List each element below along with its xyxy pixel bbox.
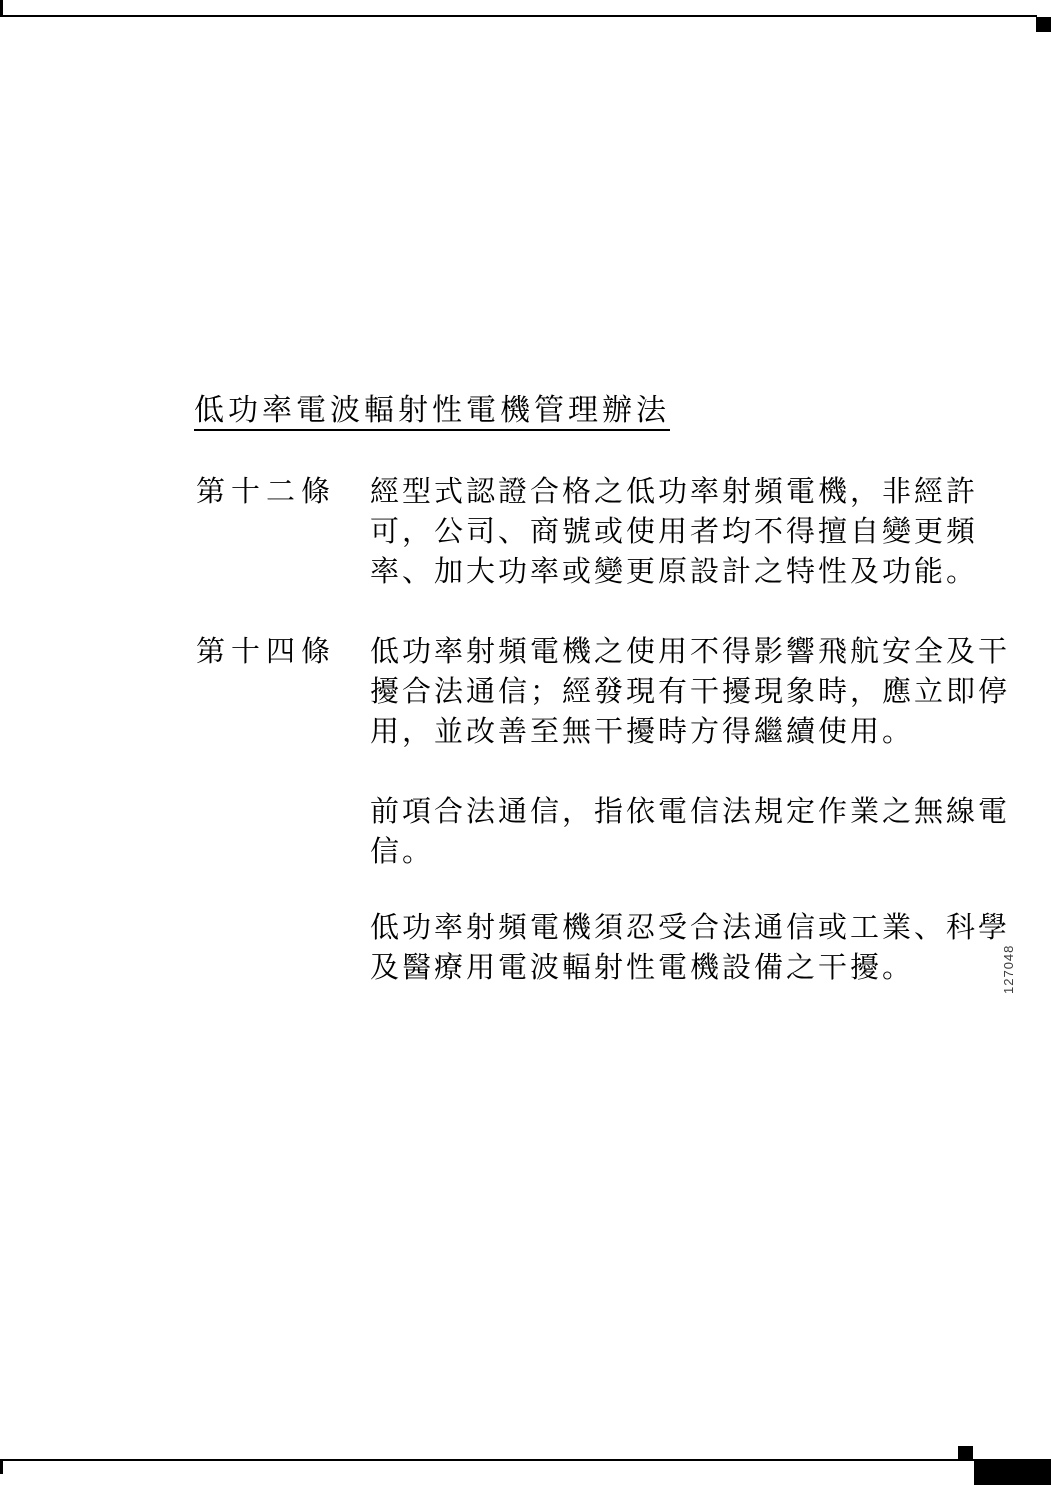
- crop-mark-bottom-left-tick: [0, 1459, 3, 1474]
- crop-mark-top-rule: [0, 15, 1037, 17]
- text-line: 信。: [370, 832, 1010, 872]
- article-12-label: 第十二條: [196, 472, 370, 512]
- document-page: 低功率電波輻射性電機管理辦法 第十二條 經型式認證合格之低功率射頻電機，非經許 …: [0, 0, 1051, 1485]
- article-14-paragraph-2: 前項合法通信，指依電信法規定作業之無線電 信。: [370, 792, 1010, 872]
- text-line: 可，公司、商號或使用者均不得擅自變更頻: [370, 512, 978, 552]
- text-line: 擾合法通信；經發現有干擾現象時，應立即停: [370, 672, 1010, 712]
- crop-mark-top-left-tick: [0, 0, 3, 17]
- text-line: 用，並改善至無干擾時方得繼續使用。: [370, 712, 1010, 752]
- crop-mark-top-right-square: [1036, 17, 1051, 32]
- text-line: 低功率射頻電機之使用不得影響飛航安全及干: [370, 632, 1010, 672]
- article-12-paragraph: 經型式認證合格之低功率射頻電機，非經許 可，公司、商號或使用者均不得擅自變更頻 …: [370, 472, 978, 592]
- crop-mark-bottom-rule: [0, 1459, 974, 1461]
- article-14-paragraph-3: 低功率射頻電機須忍受合法通信或工業、科學 及醫療用電波輻射性電機設備之干擾。: [370, 908, 1010, 988]
- text-line: 率、加大功率或變更原設計之特性及功能。: [370, 552, 978, 592]
- text-line: 低功率射頻電機須忍受合法通信或工業、科學: [370, 908, 1010, 948]
- article-14-paragraph-1: 低功率射頻電機之使用不得影響飛航安全及干 擾合法通信；經發現有干擾現象時，應立即…: [370, 632, 1010, 752]
- crop-mark-bottom-small-square: [958, 1446, 973, 1459]
- text-line: 及醫療用電波輻射性電機設備之干擾。: [370, 948, 1010, 988]
- text-line: 經型式認證合格之低功率射頻電機，非經許: [370, 472, 978, 512]
- text-line: 前項合法通信，指依電信法規定作業之無線電: [370, 792, 1010, 832]
- crop-mark-bottom-right-block: [974, 1459, 1051, 1485]
- article-14-label: 第十四條: [196, 632, 370, 672]
- article-12: 第十二條 經型式認證合格之低功率射頻電機，非經許 可，公司、商號或使用者均不得擅…: [196, 472, 978, 592]
- page-title: 低功率電波輻射性電機管理辦法: [194, 394, 670, 431]
- figure-number-text: 127048: [1001, 945, 1016, 994]
- article-14: 第十四條 低功率射頻電機之使用不得影響飛航安全及干 擾合法通信；經發現有干擾現象…: [196, 632, 1010, 752]
